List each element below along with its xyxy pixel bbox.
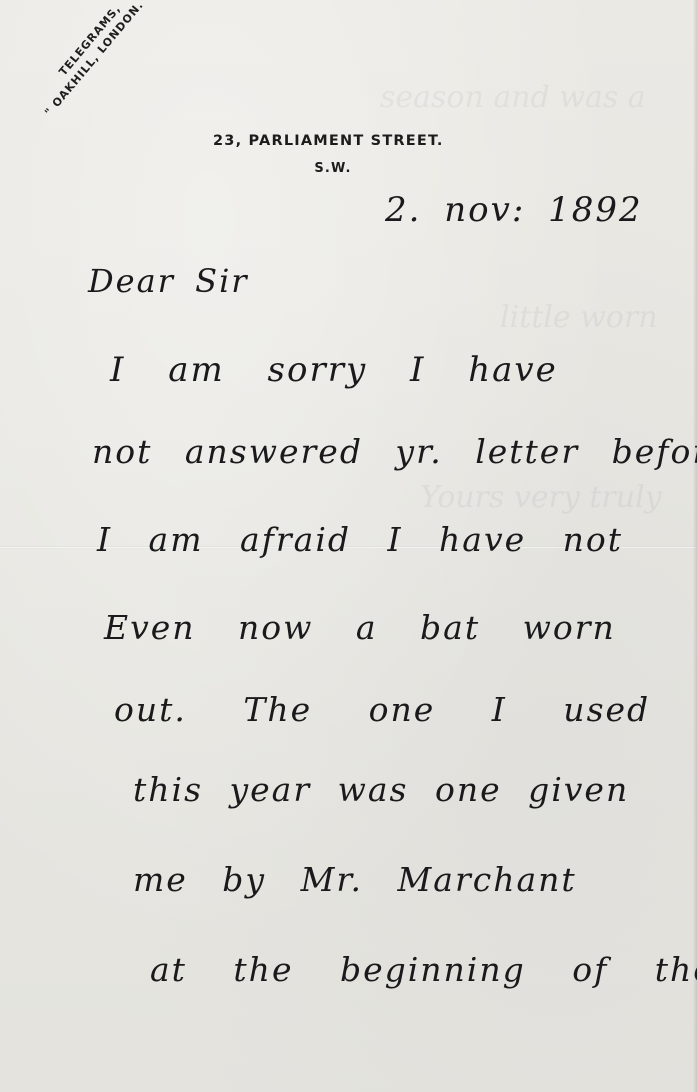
- letter-line: I am afraid I have not: [97, 520, 623, 559]
- letter-line: this year was one given: [133, 770, 629, 809]
- letter-date: 2. nov: 1892: [385, 190, 643, 230]
- letter-salutation: Dear Sir: [88, 262, 249, 300]
- letter-line: me by Mr. Marchant: [133, 860, 577, 899]
- letter-page: season and was a little worn Yours very …: [0, 0, 697, 1092]
- bleed-through-text: little worn: [500, 300, 658, 335]
- letter-line: I am sorry I have: [110, 350, 558, 390]
- letter-line: out. The one I used: [114, 690, 650, 729]
- bleed-through-text: season and was a: [380, 80, 646, 115]
- letterhead-district: S.W.: [183, 161, 483, 176]
- letter-line: at the beginning of the: [150, 950, 697, 989]
- letterhead-street: 23, PARLIAMENT STREET.: [213, 133, 483, 149]
- letter-line: not answered yr. letter before.: [92, 432, 697, 471]
- paper-edge-shadow: [693, 0, 697, 1092]
- letterhead-address: 23, PARLIAMENT STREET. S.W.: [213, 133, 483, 176]
- telegrams-stamp: TELEGRAMS, " OAKHILL, LONDON. ": [30, 0, 154, 119]
- bleed-through-text: Yours very truly: [420, 480, 662, 515]
- letter-line: Even now a bat worn: [104, 608, 616, 647]
